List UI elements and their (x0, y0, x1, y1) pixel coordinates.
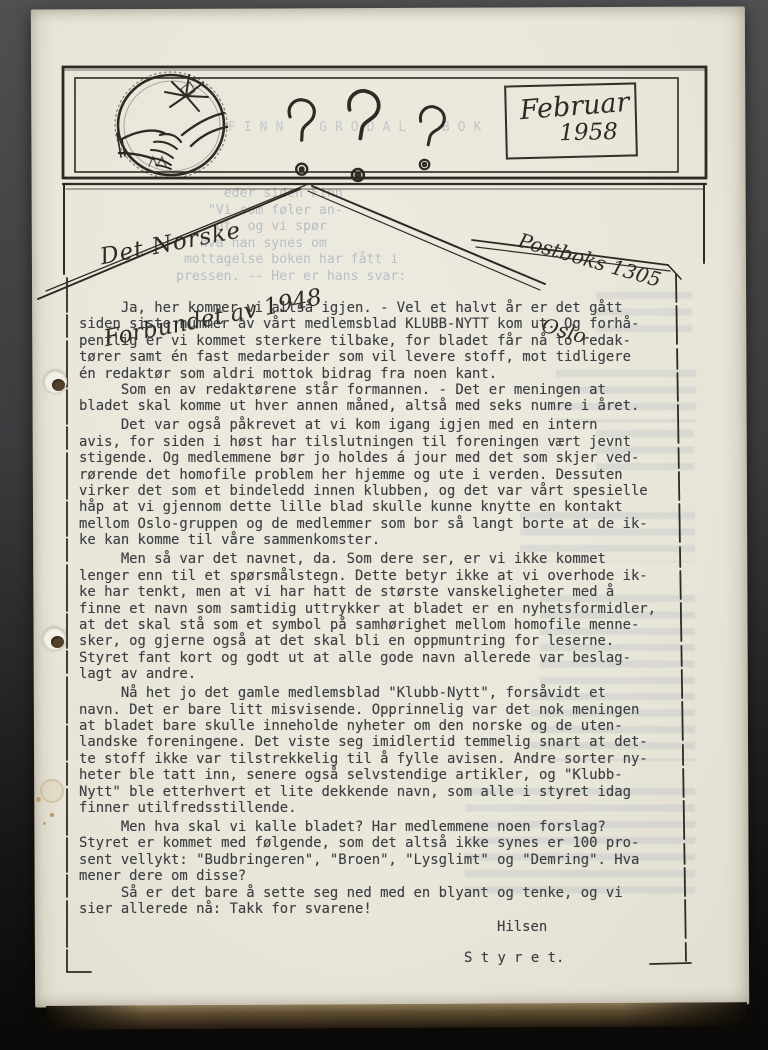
paragraph: Det var også påkrevet at vi kom igang ig… (79, 417, 656, 548)
punch-hole (44, 370, 67, 393)
postal-address-line1: Postboks 1305 (515, 228, 664, 293)
signature-salutation: Hilsen (497, 919, 547, 935)
paragraph: Ja, her kommer vi altså igjen. - Vel et … (79, 300, 656, 415)
punch-hole (43, 627, 66, 650)
paragraph: Men så var det navnet, da. Som dere ser,… (79, 551, 656, 682)
paper-speck (43, 822, 46, 825)
paper-stain (40, 779, 64, 803)
issue-date-box: Februar 1958 (504, 82, 638, 159)
issue-year: 1958 (559, 118, 636, 146)
photo-backdrop: FINN GRODAL BOK eder siden Finn "Vi som … (0, 0, 768, 1050)
signature-signer: S t y r e t. (464, 950, 564, 966)
paper-speck (36, 797, 41, 802)
paragraph: Men hva skal vi kalle bladet? Har medlem… (79, 819, 656, 917)
question-marks-icon (288, 90, 445, 181)
article-body: Ja, her kommer vi altså igjen. - Vel et … (79, 300, 656, 917)
paper-speck (50, 813, 54, 817)
handshake-logo-icon (115, 72, 227, 178)
paragraph: Nå het jo det gamle medlemsblad "Klubb-N… (79, 685, 656, 816)
organization-name-line1: Det Norske (98, 205, 309, 271)
